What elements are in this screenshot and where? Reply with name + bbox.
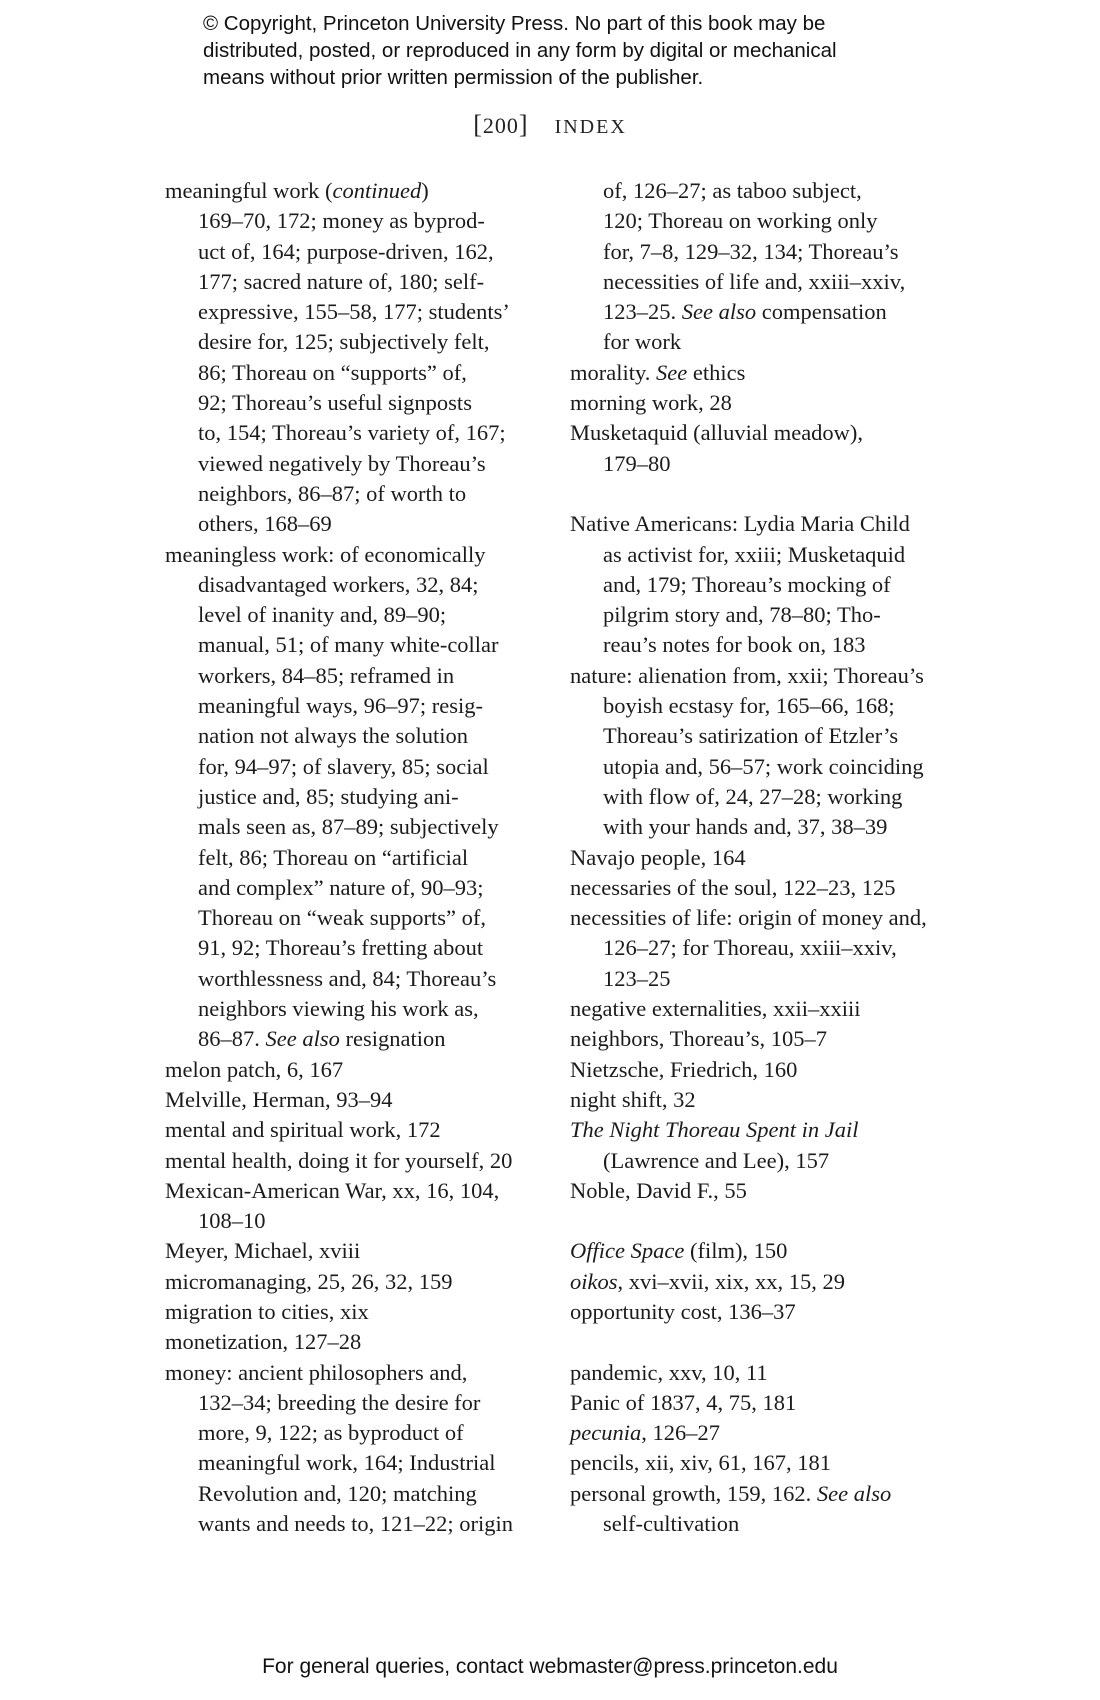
index-entry: Native Americans: Lydia Maria Child	[570, 509, 940, 539]
index-entry-continuation: others, 168–69	[165, 509, 535, 539]
index-entry-continuation: as activist for, xxiii; Musketaquid	[570, 540, 940, 570]
entry-text: to, 154; Thoreau’s variety of, 167;	[198, 420, 506, 445]
entry-text: nation not always the solution	[198, 723, 468, 748]
index-entry-continuation: for, 94–97; of slavery, 85; social	[165, 752, 535, 782]
italic-text: See also	[817, 1481, 891, 1506]
index-entry-continuation: justice and, 85; studying ani-	[165, 782, 535, 812]
index-entry-continuation: pilgrim story and, 78–80; Tho-	[570, 600, 940, 630]
index-entry-continuation: worthlessness and, 84; Thoreau’s	[165, 964, 535, 994]
index-entry: Melville, Herman, 93–94	[165, 1085, 535, 1115]
entry-text: migration to cities, xix	[165, 1299, 369, 1324]
entry-text: and, 179; Thoreau’s mocking of	[603, 572, 891, 597]
index-entry-continuation: Revolution and, 120; matching	[165, 1479, 535, 1509]
index-entry: migration to cities, xix	[165, 1297, 535, 1327]
index-entry-continuation: more, 9, 122; as byproduct of	[165, 1418, 535, 1448]
entry-text: negative externalities, xxii–xxiii	[570, 996, 861, 1021]
entry-text: worthlessness and, 84; Thoreau’s	[198, 966, 496, 991]
index-entry-continuation: necessities of life and, xxiii–xxiv,	[570, 267, 940, 297]
index-entry-continuation: nation not always the solution	[165, 721, 535, 751]
index-entry-continuation: wants and needs to, 121–22; origin	[165, 1509, 535, 1539]
entry-text: neighbors, Thoreau’s, 105–7	[570, 1026, 827, 1051]
index-entry-continuation: Thoreau’s satirization of Etzler’s	[570, 721, 940, 751]
index-entry-continuation: 177; sacred nature of, 180; self-	[165, 267, 535, 297]
page-number-value: 200	[483, 113, 519, 138]
entry-text: 123–25.	[603, 299, 682, 324]
entry-text: Panic of 1837, 4, 75, 181	[570, 1390, 796, 1415]
index-entry-continuation: uct of, 164; purpose-driven, 162,	[165, 237, 535, 267]
index-entry: mental health, doing it for yourself, 20	[165, 1146, 535, 1176]
index-entry: meaningful work (continued)	[165, 176, 535, 206]
index-entry-continuation: and complex” nature of, 90–93;	[165, 873, 535, 903]
entry-text: necessities of life and, xxiii–xxiv,	[603, 269, 905, 294]
entry-text: 179–80	[603, 451, 671, 476]
entry-text: of, 126–27; as taboo subject,	[603, 178, 862, 203]
entry-text: Navajo people, 164	[570, 845, 746, 870]
entry-text: morality.	[570, 360, 656, 385]
index-entry-continuation: viewed negatively by Thoreau’s	[165, 449, 535, 479]
index-entry: melon patch, 6, 167	[165, 1055, 535, 1085]
entry-text: utopia and, 56–57; work coinciding	[603, 754, 924, 779]
index-entry: nature: alienation from, xxii; Thoreau’s	[570, 661, 940, 691]
entry-text: necessaries of the soul, 122–23, 125	[570, 875, 896, 900]
entry-text: and complex” nature of, 90–93;	[198, 875, 484, 900]
italic-text: See also	[266, 1026, 340, 1051]
entry-text: wants and needs to, 121–22; origin	[198, 1511, 513, 1536]
index-entry-continuation: self-cultivation	[570, 1509, 940, 1539]
entry-text: desire for, 125; subjectively felt,	[198, 329, 490, 354]
entry-text: reau’s notes for book on, 183	[603, 632, 865, 657]
entry-text: nature: alienation from, xxii; Thoreau’s	[570, 663, 924, 688]
entry-text: 120; Thoreau on working only	[603, 208, 878, 233]
copyright-line: distributed, posted, or reproduced in an…	[203, 37, 923, 64]
index-entry-continuation: with flow of, 24, 27–28; working	[570, 782, 940, 812]
index-entry: Noble, David F., 55	[570, 1176, 940, 1206]
index-entry: Musketaquid (alluvial meadow),	[570, 418, 940, 448]
entry-text: monetization, 127–28	[165, 1329, 361, 1354]
index-entry-continuation: meaningful ways, 96–97; resig-	[165, 691, 535, 721]
index-entry-continuation: 120; Thoreau on working only	[570, 206, 940, 236]
index-entry-continuation: reau’s notes for book on, 183	[570, 630, 940, 660]
entry-text: felt, 86; Thoreau on “artificial	[198, 845, 468, 870]
index-entry: necessaries of the soul, 122–23, 125	[570, 873, 940, 903]
index-entry-continuation: expressive, 155–58, 177; students’	[165, 297, 535, 327]
entry-text: micromanaging, 25, 26, 32, 159	[165, 1269, 452, 1294]
copyright-line: © Copyright, Princeton University Press.…	[203, 10, 923, 37]
entry-text: manual, 51; of many white-collar	[198, 632, 499, 657]
entry-text: 92; Thoreau’s useful signposts	[198, 390, 472, 415]
index-entry: negative externalities, xxii–xxiii	[570, 994, 940, 1024]
entry-text: with flow of, 24, 27–28; working	[603, 784, 902, 809]
index-entry: meaningless work: of economically	[165, 540, 535, 570]
letter-group-gap	[570, 479, 940, 509]
index-entry: pandemic, xxv, 10, 11	[570, 1358, 940, 1388]
entry-text: mental and spiritual work, 172	[165, 1117, 441, 1142]
entry-text: mals seen as, 87–89; subjectively	[198, 814, 499, 839]
index-entry-continuation: with your hands and, 37, 38–39	[570, 812, 940, 842]
index-entry-continuation: disadvantaged workers, 32, 84;	[165, 570, 535, 600]
entry-text: neighbors viewing his work as,	[198, 996, 479, 1021]
entry-text: 169–70, 172; money as byprod-	[198, 208, 485, 233]
entry-text: 86–87.	[198, 1026, 266, 1051]
index-entry-continuation: to, 154; Thoreau’s variety of, 167;	[165, 418, 535, 448]
index-entry: monetization, 127–28	[165, 1327, 535, 1357]
index-entry-continuation: neighbors viewing his work as,	[165, 994, 535, 1024]
index-entry: neighbors, Thoreau’s, 105–7	[570, 1024, 940, 1054]
entry-text: pencils, xii, xiv, 61, 167, 181	[570, 1450, 831, 1475]
entry-text: workers, 84–85; reframed in	[198, 663, 454, 688]
index-entry-continuation: utopia and, 56–57; work coinciding	[570, 752, 940, 782]
index-entry-continuation: felt, 86; Thoreau on “artificial	[165, 843, 535, 873]
index-entry-continuation: workers, 84–85; reframed in	[165, 661, 535, 691]
index-entry-continuation: 132–34; breeding the desire for	[165, 1388, 535, 1418]
entry-text: level of inanity and, 89–90;	[198, 602, 446, 627]
index-entry-continuation: neighbors, 86–87; of worth to	[165, 479, 535, 509]
entry-text: night shift, 32	[570, 1087, 696, 1112]
entry-text: 108–10	[198, 1208, 266, 1233]
entry-text: 86; Thoreau on “supports” of,	[198, 360, 467, 385]
entry-text: for work	[603, 329, 681, 354]
entry-text: Noble, David F., 55	[570, 1178, 747, 1203]
entry-text: meaningless work: of economically	[165, 542, 486, 567]
index-column-left: meaningful work (continued)169–70, 172; …	[165, 176, 535, 1539]
italic-text: oikos	[570, 1269, 618, 1294]
entry-text: pilgrim story and, 78–80; Tho-	[603, 602, 881, 627]
copyright-notice: © Copyright, Princeton University Press.…	[203, 10, 923, 91]
entry-text: meaningful work (	[165, 178, 332, 203]
entry-text: uct of, 164; purpose-driven, 162,	[198, 239, 494, 264]
index-entry: Meyer, Michael, xviii	[165, 1236, 535, 1266]
index-entry: oikos, xvi–xvii, xix, xx, 15, 29	[570, 1267, 940, 1297]
entry-text: neighbors, 86–87; of worth to	[198, 481, 466, 506]
index-entry: The Night Thoreau Spent in Jail	[570, 1115, 940, 1145]
entry-text: meaningful ways, 96–97; resig-	[198, 693, 483, 718]
entry-text: 123–25	[603, 966, 671, 991]
index-entry: Panic of 1837, 4, 75, 181	[570, 1388, 940, 1418]
index-entry: morning work, 28	[570, 388, 940, 418]
entry-text: 126–27; for Thoreau, xxiii–xxiv,	[603, 935, 897, 960]
italic-text: Office Space	[570, 1238, 684, 1263]
index-entry-continuation: 126–27; for Thoreau, xxiii–xxiv,	[570, 933, 940, 963]
index-entry-continuation: boyish ecstasy for, 165–66, 168;	[570, 691, 940, 721]
entry-text: money: ancient philosophers and,	[165, 1360, 467, 1385]
index-entry-continuation: 123–25	[570, 964, 940, 994]
entry-text: compensation	[756, 299, 887, 324]
entry-text: Musketaquid (alluvial meadow),	[570, 420, 863, 445]
entry-text: self-cultivation	[603, 1511, 739, 1536]
index-entry-continuation: of, 126–27; as taboo subject,	[570, 176, 940, 206]
index-entry-continuation: and, 179; Thoreau’s mocking of	[570, 570, 940, 600]
index-entry: Mexican-American War, xx, 16, 104,	[165, 1176, 535, 1206]
index-entry-continuation: 86–87. See also resignation	[165, 1024, 535, 1054]
italic-text: pecunia	[570, 1420, 641, 1445]
italic-text: See	[656, 360, 687, 385]
entry-text: 132–34; breeding the desire for	[198, 1390, 480, 1415]
entry-text: others, 168–69	[198, 511, 332, 536]
index-entry: night shift, 32	[570, 1085, 940, 1115]
entry-text: )	[421, 178, 429, 203]
letter-group-gap	[570, 1327, 940, 1357]
entry-text: (Lawrence and Lee), 157	[603, 1148, 829, 1173]
letter-group-gap	[570, 1206, 940, 1236]
index-entry: pencils, xii, xiv, 61, 167, 181	[570, 1448, 940, 1478]
entry-text: (film), 150	[684, 1238, 787, 1263]
index-entry: pecunia, 126–27	[570, 1418, 940, 1448]
entry-text: more, 9, 122; as byproduct of	[198, 1420, 464, 1445]
index-entry-continuation: for, 7–8, 129–32, 134; Thoreau’s	[570, 237, 940, 267]
italic-text: See also	[682, 299, 756, 324]
index-entry-continuation: 169–70, 172; money as byprod-	[165, 206, 535, 236]
entry-text: justice and, 85; studying ani-	[198, 784, 459, 809]
index-entry-continuation: 179–80	[570, 449, 940, 479]
index-entry: micromanaging, 25, 26, 32, 159	[165, 1267, 535, 1297]
index-entry: Nietzsche, Friedrich, 160	[570, 1055, 940, 1085]
entry-text: with your hands and, 37, 38–39	[603, 814, 887, 839]
entry-text: expressive, 155–58, 177; students’	[198, 299, 510, 324]
index-entry: morality. See ethics	[570, 358, 940, 388]
index-entry: Office Space (film), 150	[570, 1236, 940, 1266]
section-title: INDEX	[555, 116, 627, 138]
index-entry-continuation: for work	[570, 327, 940, 357]
italic-text: The Night Thoreau Spent in Jail	[570, 1117, 859, 1142]
entry-text: boyish ecstasy for, 165–66, 168;	[603, 693, 895, 718]
copyright-line: means without prior written permission o…	[203, 64, 923, 91]
entry-text: melon patch, 6, 167	[165, 1057, 343, 1082]
entry-text: Mexican-American War, xx, 16, 104,	[165, 1178, 499, 1203]
entry-text: 91, 92; Thoreau’s fretting about	[198, 935, 483, 960]
entry-text: opportunity cost, 136–37	[570, 1299, 796, 1324]
index-entry-continuation: 92; Thoreau’s useful signposts	[165, 388, 535, 418]
index-entry-continuation: desire for, 125; subjectively felt,	[165, 327, 535, 357]
index-entry-continuation: 86; Thoreau on “supports” of,	[165, 358, 535, 388]
entry-text: pandemic, xxv, 10, 11	[570, 1360, 768, 1385]
entry-text: disadvantaged workers, 32, 84;	[198, 572, 479, 597]
index-entry-continuation: (Lawrence and Lee), 157	[570, 1146, 940, 1176]
index-entry-continuation: Thoreau on “weak supports” of,	[165, 903, 535, 933]
index-entry-continuation: meaningful work, 164; Industrial	[165, 1448, 535, 1478]
entry-text: Meyer, Michael, xviii	[165, 1238, 360, 1263]
entry-text: mental health, doing it for yourself, 20	[165, 1148, 512, 1173]
entry-text: Nietzsche, Friedrich, 160	[570, 1057, 797, 1082]
entry-text: ethics	[687, 360, 745, 385]
entry-text: meaningful work, 164; Industrial	[198, 1450, 495, 1475]
running-head: [200]INDEX	[0, 110, 1100, 140]
index-entry: opportunity cost, 136–37	[570, 1297, 940, 1327]
entry-text: , 126–27	[641, 1420, 720, 1445]
index-entry-continuation: 108–10	[165, 1206, 535, 1236]
index-entry: necessities of life: origin of money and…	[570, 903, 940, 933]
entry-text: morning work, 28	[570, 390, 732, 415]
index-entry: money: ancient philosophers and,	[165, 1358, 535, 1388]
entry-text: for, 94–97; of slavery, 85; social	[198, 754, 489, 779]
entry-text: resignation	[340, 1026, 446, 1051]
entry-text: 177; sacred nature of, 180; self-	[198, 269, 484, 294]
entry-text: Thoreau’s satirization of Etzler’s	[603, 723, 898, 748]
entry-text: Melville, Herman, 93–94	[165, 1087, 392, 1112]
footer-contact: For general queries, contact webmaster@p…	[0, 1655, 1100, 1679]
index-entry-continuation: 123–25. See also compensation	[570, 297, 940, 327]
entry-text: personal growth, 159, 162.	[570, 1481, 817, 1506]
entry-text: , xvi–xvii, xix, xx, 15, 29	[618, 1269, 846, 1294]
index-entry: mental and spiritual work, 172	[165, 1115, 535, 1145]
index-entry-continuation: mals seen as, 87–89; subjectively	[165, 812, 535, 842]
entry-text: viewed negatively by Thoreau’s	[198, 451, 486, 476]
index-entry-continuation: level of inanity and, 89–90;	[165, 600, 535, 630]
index-entry: Navajo people, 164	[570, 843, 940, 873]
entry-text: necessities of life: origin of money and…	[570, 905, 927, 930]
entry-text: for, 7–8, 129–32, 134; Thoreau’s	[603, 239, 899, 264]
index-entry-continuation: 91, 92; Thoreau’s fretting about	[165, 933, 535, 963]
entry-text: as activist for, xxiii; Musketaquid	[603, 542, 905, 567]
page-number: [200]	[473, 113, 528, 138]
index-entry: personal growth, 159, 162. See also	[570, 1479, 940, 1509]
index-entry-continuation: manual, 51; of many white-collar	[165, 630, 535, 660]
italic-text: continued	[332, 178, 421, 203]
entry-text: Native Americans: Lydia Maria Child	[570, 511, 910, 536]
index-column-right: of, 126–27; as taboo subject,120; Thorea…	[570, 176, 940, 1539]
entry-text: Revolution and, 120; matching	[198, 1481, 477, 1506]
entry-text: Thoreau on “weak supports” of,	[198, 905, 486, 930]
